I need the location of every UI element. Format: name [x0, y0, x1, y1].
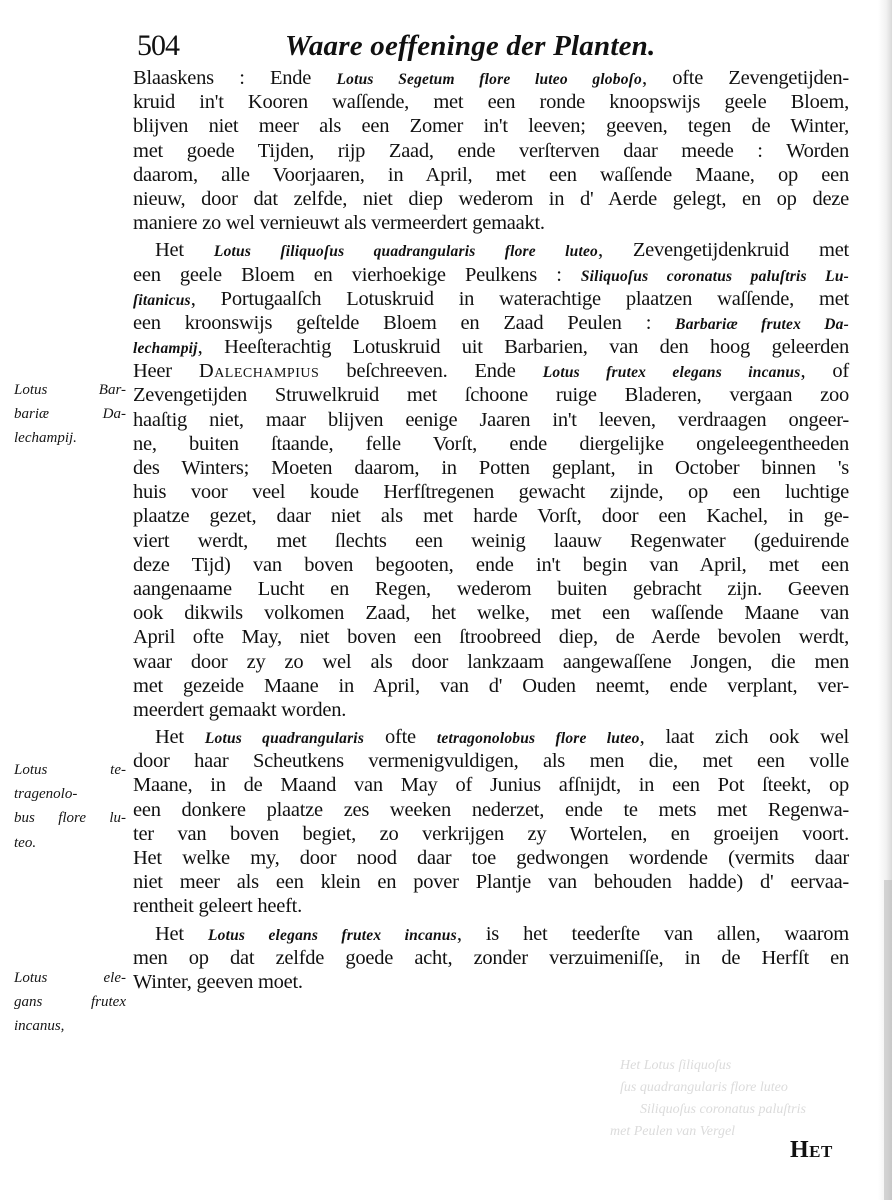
text-line: Het welke my, door nood daar toe gedwong… — [133, 846, 849, 870]
roman-text: , Portugaalſch Lotuskruid in waterachtig… — [191, 288, 849, 310]
latin-plant-name: lechampij — [133, 340, 198, 357]
margin-note-line: incanus, — [14, 1014, 126, 1038]
roman-text: , of — [800, 360, 849, 382]
roman-text: , laat zich ook wel — [640, 726, 849, 748]
roman-text: Zevengetijden Struwelkruid met ſchoone r… — [133, 384, 849, 406]
text-line: niet meer als een klein en pover Plantje… — [133, 870, 849, 894]
latin-plant-name: ſitanicus — [133, 292, 191, 309]
roman-text: Het welke my, door nood daar toe gedwong… — [133, 847, 849, 869]
roman-text: April ofte May, niet boven een ſtroobree… — [133, 626, 849, 648]
roman-text: Heer — [133, 360, 199, 382]
bleed-through-text: ſus quadrangularis flore luteo — [620, 1080, 788, 1096]
text-line: lechampij, Heeſterachtig Lotuskruid uit … — [133, 335, 849, 359]
paragraph: Het Lotus quadrangularis ofte tetragonol… — [133, 725, 849, 919]
bleed-through-text: Het Lotus ſiliquoſus — [620, 1058, 731, 1074]
text-line: Maane, in de Maand van May of Junius afſ… — [133, 773, 849, 797]
roman-text: rentheit geleert heeft. — [133, 895, 302, 917]
margin-note: Lotus Bar-bariæ Da-lechampij. — [14, 378, 126, 451]
roman-text: meerdert gemaakt worden. — [133, 699, 346, 721]
text-line: ter van boven begiet, zo verkrijgen zy W… — [133, 822, 849, 846]
text-line: kruid in't Kooren waſſende, met een rond… — [133, 90, 849, 114]
text-line: Het Lotus ſiliquoſus quadrangularis flor… — [133, 238, 849, 262]
roman-text: Het — [155, 726, 205, 748]
roman-text: , Zevengetijdenkruid met — [598, 239, 849, 261]
roman-text: viert werdt, met ſlechts een weinig laau… — [133, 530, 849, 552]
roman-text: aangenaame Lucht en Regen, wederom buite… — [133, 578, 849, 600]
roman-text: Maane, in de Maand van May of Junius afſ… — [133, 774, 849, 796]
text-line: men op dat zelfde goede acht, zonder ver… — [133, 946, 849, 970]
catchword: Het — [790, 1137, 833, 1164]
bleed-through-text: met Peulen van Vergel — [610, 1124, 735, 1140]
roman-text: daarom, alle Voorjaaren, in April, met e… — [133, 164, 849, 186]
text-line: viert werdt, met ſlechts een weinig laau… — [133, 529, 849, 553]
paragraph: Het Lotus ſiliquoſus quadrangularis flor… — [133, 238, 849, 722]
text-line: ook dikwils volkomen Zaad, het welke, me… — [133, 601, 849, 625]
roman-text: men op dat zelfde goede acht, zonder ver… — [133, 947, 849, 969]
text-line: met goede Tijden, rijp Zaad, ende verſte… — [133, 139, 849, 163]
text-line: maniere zo wel vernieuwt als vermeerdert… — [133, 211, 849, 235]
text-line: haaſtig niet, maar blijven eenige Jaaren… — [133, 408, 849, 432]
roman-text: Blaaskens : Ende — [133, 67, 336, 89]
text-line: een geele Bloem en vierhoekige Peulkens … — [133, 263, 849, 287]
roman-text: door haar Scheutkens vermenigvuldigen, a… — [133, 750, 849, 772]
roman-text: maniere zo wel vernieuwt als vermeerdert… — [133, 212, 545, 234]
margin-note: Lotus ele-gans frutexincanus, — [14, 966, 126, 1039]
text-line: blijven niet meer als een Zomer in't lee… — [133, 114, 849, 138]
text-line: met gezeide Maane in April, van d' Ouden… — [133, 674, 849, 698]
book-page: Het Lotus ſiliquoſusſus quadrangularis f… — [0, 0, 892, 1200]
roman-text: des Winters; Moeten daarom, in Potten ge… — [133, 457, 849, 479]
text-line: Blaaskens : Ende Lotus Segetum flore lut… — [133, 66, 849, 90]
roman-text: een kroonswijs geſtelde Bloem en Zaad Pe… — [133, 312, 675, 334]
margin-note-line: Lotus ele- — [14, 966, 126, 990]
bleed-through-text: Siliquoſus coronatus paluſtris — [640, 1102, 806, 1118]
roman-text: waar door zy zo wel als door lankzaam aa… — [133, 651, 849, 673]
roman-text: plaatze gezet, daar niet als met harde V… — [133, 505, 849, 527]
text-line: nieuw, door dat zelfde, niet diep wedero… — [133, 187, 849, 211]
roman-text: ter van boven begiet, zo verkrijgen zy W… — [133, 823, 849, 845]
text-line: plaatze gezet, daar niet als met harde V… — [133, 504, 849, 528]
text-line: meerdert gemaakt worden. — [133, 698, 849, 722]
roman-text: nieuw, door dat zelfde, niet diep wedero… — [133, 188, 849, 210]
latin-plant-name: Lotus quadrangularis — [205, 730, 364, 747]
margin-note-line: Lotus te- — [14, 758, 126, 782]
roman-text: , is het teederſte van allen, waarom — [457, 923, 849, 945]
paragraph: Blaaskens : Ende Lotus Segetum flore lut… — [133, 66, 849, 235]
text-line: aangenaame Lucht en Regen, wederom buite… — [133, 577, 849, 601]
latin-plant-name: Lotus frutex elegans incanus — [543, 364, 801, 381]
text-line: huis voor veel koude Herfſtregenen gewac… — [133, 480, 849, 504]
roman-text: ne, buiten ſtaande, felle Vorſt, ende di… — [133, 433, 849, 455]
margin-note-line: gans frutex — [14, 990, 126, 1014]
page-edge-binding — [884, 880, 892, 1200]
text-line: waar door zy zo wel als door lankzaam aa… — [133, 650, 849, 674]
roman-text: , Heeſterachtig Lotuskruid uit Barbarien… — [198, 336, 849, 358]
text-line: Heer Dalechampius beſchreeven. Ende Lotu… — [133, 359, 849, 383]
text-line: ne, buiten ſtaande, felle Vorſt, ende di… — [133, 432, 849, 456]
proper-name: Dalechampius — [199, 360, 319, 382]
margin-note-line: bus flore lu- — [14, 806, 126, 830]
text-line: daarom, alle Voorjaaren, in April, met e… — [133, 163, 849, 187]
roman-text: niet meer als een klein en pover Plantje… — [133, 871, 849, 893]
paragraph: Het Lotus elegans frutex incanus, is het… — [133, 922, 849, 995]
body-text: Blaaskens : Ende Lotus Segetum flore lut… — [133, 66, 849, 994]
latin-plant-name: Lotus elegans frutex incanus — [208, 927, 457, 944]
roman-text: een geele Bloem en vierhoekige Peulkens … — [133, 264, 581, 286]
text-line: des Winters; Moeten daarom, in Potten ge… — [133, 456, 849, 480]
roman-text: met goede Tijden, rijp Zaad, ende verſte… — [133, 140, 849, 162]
page-number: 504 — [137, 26, 179, 66]
text-line: April ofte May, niet boven een ſtroobree… — [133, 625, 849, 649]
text-line: rentheit geleert heeft. — [133, 894, 849, 918]
latin-plant-name: Lotus Segetum flore luteo globoſo — [336, 71, 641, 88]
roman-text: haaſtig niet, maar blijven eenige Jaaren… — [133, 409, 849, 431]
margin-note-line: Lotus Bar- — [14, 378, 126, 402]
roman-text: Het — [155, 923, 208, 945]
roman-text: , ofte Zevengetijden- — [642, 67, 849, 89]
latin-plant-name: Barbariæ frutex Da- — [675, 316, 849, 333]
text-line: ſitanicus, Portugaalſch Lotuskruid in wa… — [133, 287, 849, 311]
margin-note-line: lechampij. — [14, 426, 126, 450]
roman-text: blijven niet meer als een Zomer in't lee… — [133, 115, 849, 137]
latin-plant-name: tetragonolobus flore luteo — [437, 730, 640, 747]
text-line: een donkere plaatze zes weeken nederzet,… — [133, 798, 849, 822]
roman-text: kruid in't Kooren waſſende, met een rond… — [133, 91, 849, 113]
roman-text: beſchreeven. Ende — [319, 360, 542, 382]
roman-text: een donkere plaatze zes weeken nederzet,… — [133, 799, 849, 821]
margin-note-line: tragenolo- — [14, 782, 126, 806]
roman-text: deze Tijd) van boven begooten, ende in't… — [133, 554, 849, 576]
roman-text: met gezeide Maane in April, van d' Ouden… — [133, 675, 849, 697]
text-line: Zevengetijden Struwelkruid met ſchoone r… — [133, 383, 849, 407]
roman-text: Het — [155, 239, 214, 261]
margin-note: Lotus te-tragenolo-bus flore lu-teo. — [14, 758, 126, 855]
text-line: een kroonswijs geſtelde Bloem en Zaad Pe… — [133, 311, 849, 335]
running-title: Waare oeffeninge der Planten. — [285, 26, 655, 66]
text-line: Het Lotus elegans frutex incanus, is het… — [133, 922, 849, 946]
running-head: 504 Waare oeffeninge der Planten. — [137, 26, 857, 66]
latin-plant-name: Siliquoſus coronatus paluſtris Lu- — [581, 268, 849, 285]
margin-note-line: bariæ Da- — [14, 402, 126, 426]
roman-text: Winter, geeven moet. — [133, 971, 303, 993]
roman-text: huis voor veel koude Herfſtregenen gewac… — [133, 481, 849, 503]
latin-plant-name: Lotus ſiliquoſus quadrangularis flore lu… — [214, 243, 598, 260]
text-line: deze Tijd) van boven begooten, ende in't… — [133, 553, 849, 577]
margin-note-line: teo. — [14, 831, 126, 855]
text-line: Het Lotus quadrangularis ofte tetragonol… — [133, 725, 849, 749]
roman-text: ook dikwils volkomen Zaad, het welke, me… — [133, 602, 849, 624]
text-line: Winter, geeven moet. — [133, 970, 849, 994]
roman-text: ofte — [364, 726, 437, 748]
text-line: door haar Scheutkens vermenigvuldigen, a… — [133, 749, 849, 773]
